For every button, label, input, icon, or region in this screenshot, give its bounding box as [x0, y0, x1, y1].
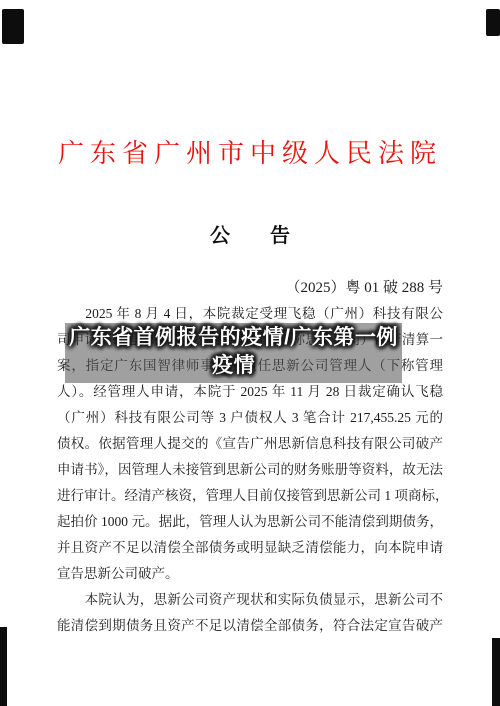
- body-line: 能清偿到期债务且资产不足以清偿全部债务，符合法定宣告破产: [57, 613, 443, 639]
- scan-mark-bottom-right: [492, 638, 500, 706]
- body-line: （广州）科技有限公司等 3 户债权人 3 笔合计 217,455.25 元的: [57, 405, 443, 431]
- body-line: 宣告思新公司破产。: [57, 561, 443, 587]
- body-line: 并且资产不足以清偿全部债务或明显缺乏清偿能力，向本院申请: [57, 535, 443, 561]
- body-line: 债权。依据管理人提交的《宣告广州思新信息科技有限公司破产: [57, 431, 443, 457]
- court-name-heading: 广东省广州市中级人民法院: [0, 138, 500, 170]
- scan-mark-top-left: [2, 9, 24, 44]
- document-page: 广东省广州市中级人民法院 公 告 （2025）粤 01 破 288 号 2025…: [0, 0, 500, 706]
- body-line: 进行审计。经清产核资，管理人目前仅接管到思新公司 1 项商标，: [57, 483, 443, 509]
- scan-mark-bottom-left: [0, 627, 7, 706]
- body-line: 起拍价 1000 元。据此，管理人认为思新公司不能清偿到期债务，: [57, 509, 443, 535]
- caption-line-1: 广东省首例报告的疫情/广东第一例: [69, 324, 398, 352]
- caption-overlay: 广东省首例报告的疫情/广东第一例 疫情: [65, 323, 402, 383]
- case-number: （2025）粤 01 破 288 号: [57, 279, 443, 297]
- notice-title: 公 告: [0, 224, 500, 248]
- caption-line-2: 疫情: [212, 352, 255, 380]
- body-line: 申请书》，因管理人未接管到思新公司的财务账册等资料，故无法: [57, 457, 443, 483]
- scan-mark-top-right: [486, 9, 500, 36]
- body-line: 本院认为，思新公司资产现状和实际负债显示，思新公司不: [57, 587, 443, 613]
